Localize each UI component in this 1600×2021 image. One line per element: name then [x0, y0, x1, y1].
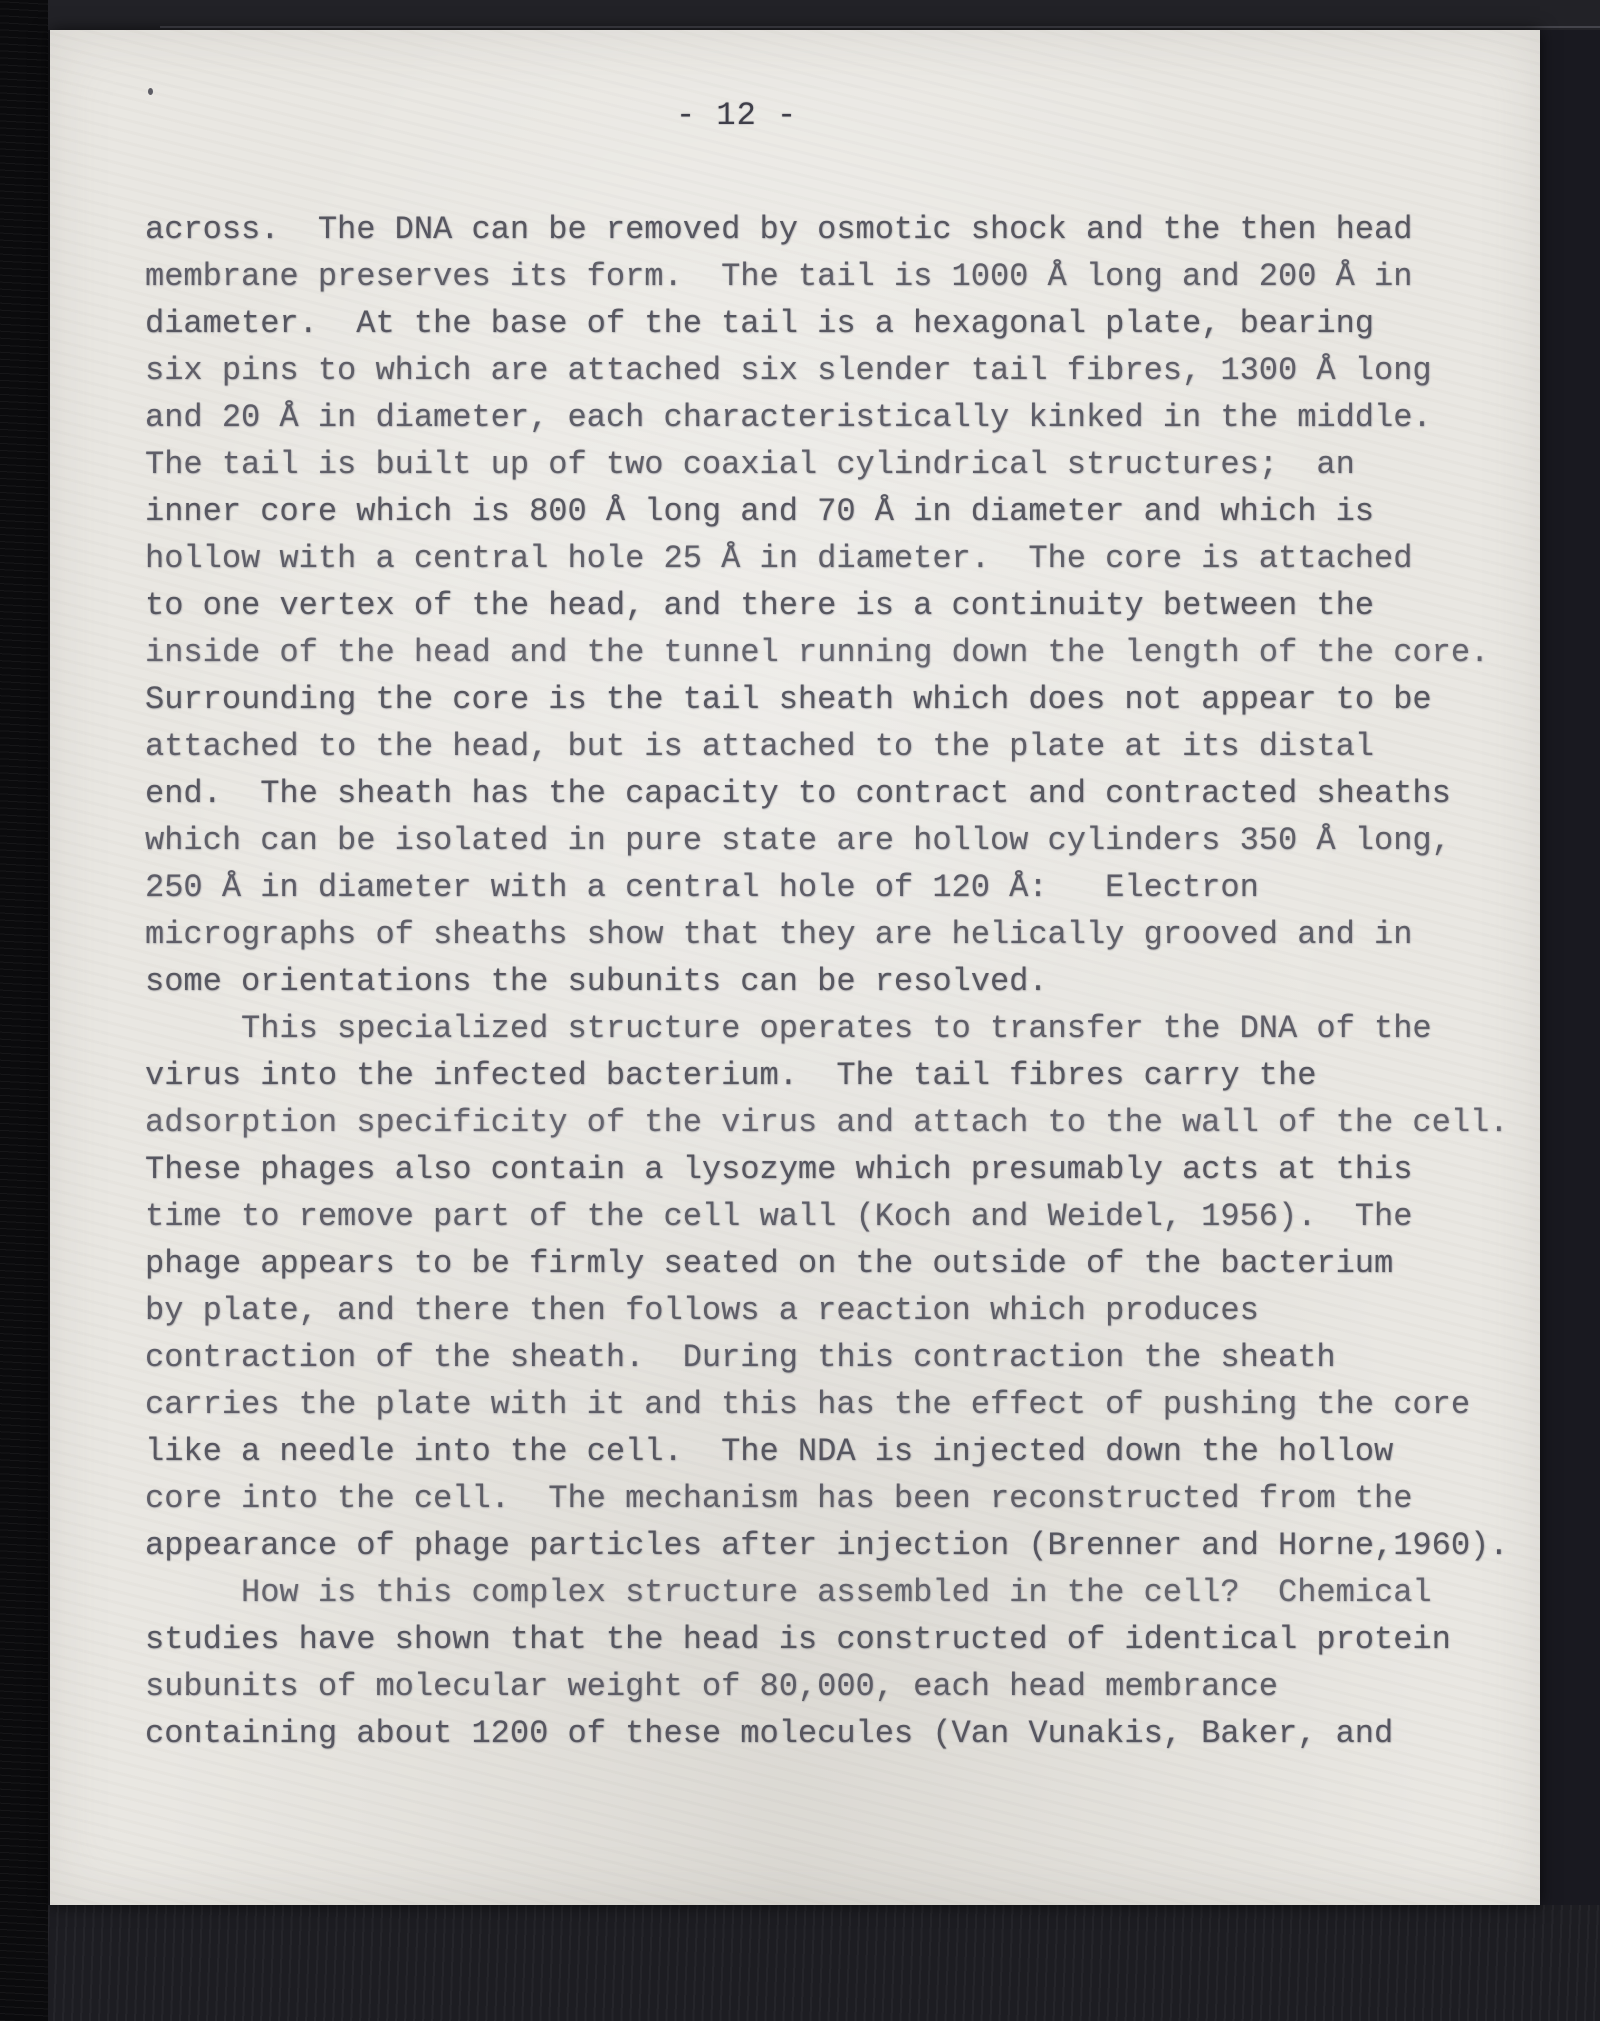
text-line: appearance of phage particles after inje…	[145, 1522, 1525, 1569]
page-number: - 12 -	[676, 98, 797, 134]
text-line: How is this complex structure assembled …	[145, 1569, 1525, 1616]
text-line: across. The DNA can be removed by osmoti…	[145, 206, 1525, 253]
text-line: time to remove part of the cell wall (Ko…	[145, 1193, 1525, 1240]
text-line: phage appears to be firmly seated on the…	[145, 1240, 1525, 1287]
ink-speck	[148, 88, 153, 95]
scan-scratch-line	[160, 26, 1600, 28]
text-line: The tail is built up of two coaxial cyli…	[145, 441, 1525, 488]
text-line: Surrounding the core is the tail sheath …	[145, 676, 1525, 723]
document-page: - 12 - across. The DNA can be removed by…	[50, 30, 1540, 1905]
scan-border-right	[1540, 30, 1600, 1905]
text-line: subunits of molecular weight of 80,000, …	[145, 1663, 1525, 1710]
text-line: attached to the head, but is attached to…	[145, 723, 1525, 770]
scanned-document-photo: { "page": { "page_number": "- 12 -", "li…	[0, 0, 1600, 2021]
text-line: six pins to which are attached six slend…	[145, 347, 1525, 394]
text-line: studies have shown that the head is cons…	[145, 1616, 1525, 1663]
text-line: core into the cell. The mechanism has be…	[145, 1475, 1525, 1522]
text-line: end. The sheath has the capacity to cont…	[145, 770, 1525, 817]
body-text: across. The DNA can be removed by osmoti…	[145, 206, 1525, 1757]
text-line: contraction of the sheath. During this c…	[145, 1334, 1525, 1381]
text-line: membrane preserves its form. The tail is…	[145, 253, 1525, 300]
text-line: This specialized structure operates to t…	[145, 1005, 1525, 1052]
text-line: These phages also contain a lysozyme whi…	[145, 1146, 1525, 1193]
text-line: containing about 1200 of these molecules…	[145, 1710, 1525, 1757]
text-line: hollow with a central hole 25 Å in diame…	[145, 535, 1525, 582]
text-line: micrographs of sheaths show that they ar…	[145, 911, 1525, 958]
text-line: inner core which is 800 Å long and 70 Å …	[145, 488, 1525, 535]
text-line: which can be isolated in pure state are …	[145, 817, 1525, 864]
text-line: virus into the infected bacterium. The t…	[145, 1052, 1525, 1099]
scan-border-left	[0, 0, 48, 2021]
text-line: adsorption specificity of the virus and …	[145, 1099, 1525, 1146]
text-line: diameter. At the base of the tail is a h…	[145, 300, 1525, 347]
text-line: some orientations the subunits can be re…	[145, 958, 1525, 1005]
scan-border-bottom	[48, 1905, 1600, 2021]
text-line: 250 Å in diameter with a central hole of…	[145, 864, 1525, 911]
text-line: inside of the head and the tunnel runnin…	[145, 629, 1525, 676]
text-line: by plate, and there then follows a react…	[145, 1287, 1525, 1334]
text-line: to one vertex of the head, and there is …	[145, 582, 1525, 629]
text-line: and 20 Å in diameter, each characteristi…	[145, 394, 1525, 441]
text-line: like a needle into the cell. The NDA is …	[145, 1428, 1525, 1475]
text-line: carries the plate with it and this has t…	[145, 1381, 1525, 1428]
